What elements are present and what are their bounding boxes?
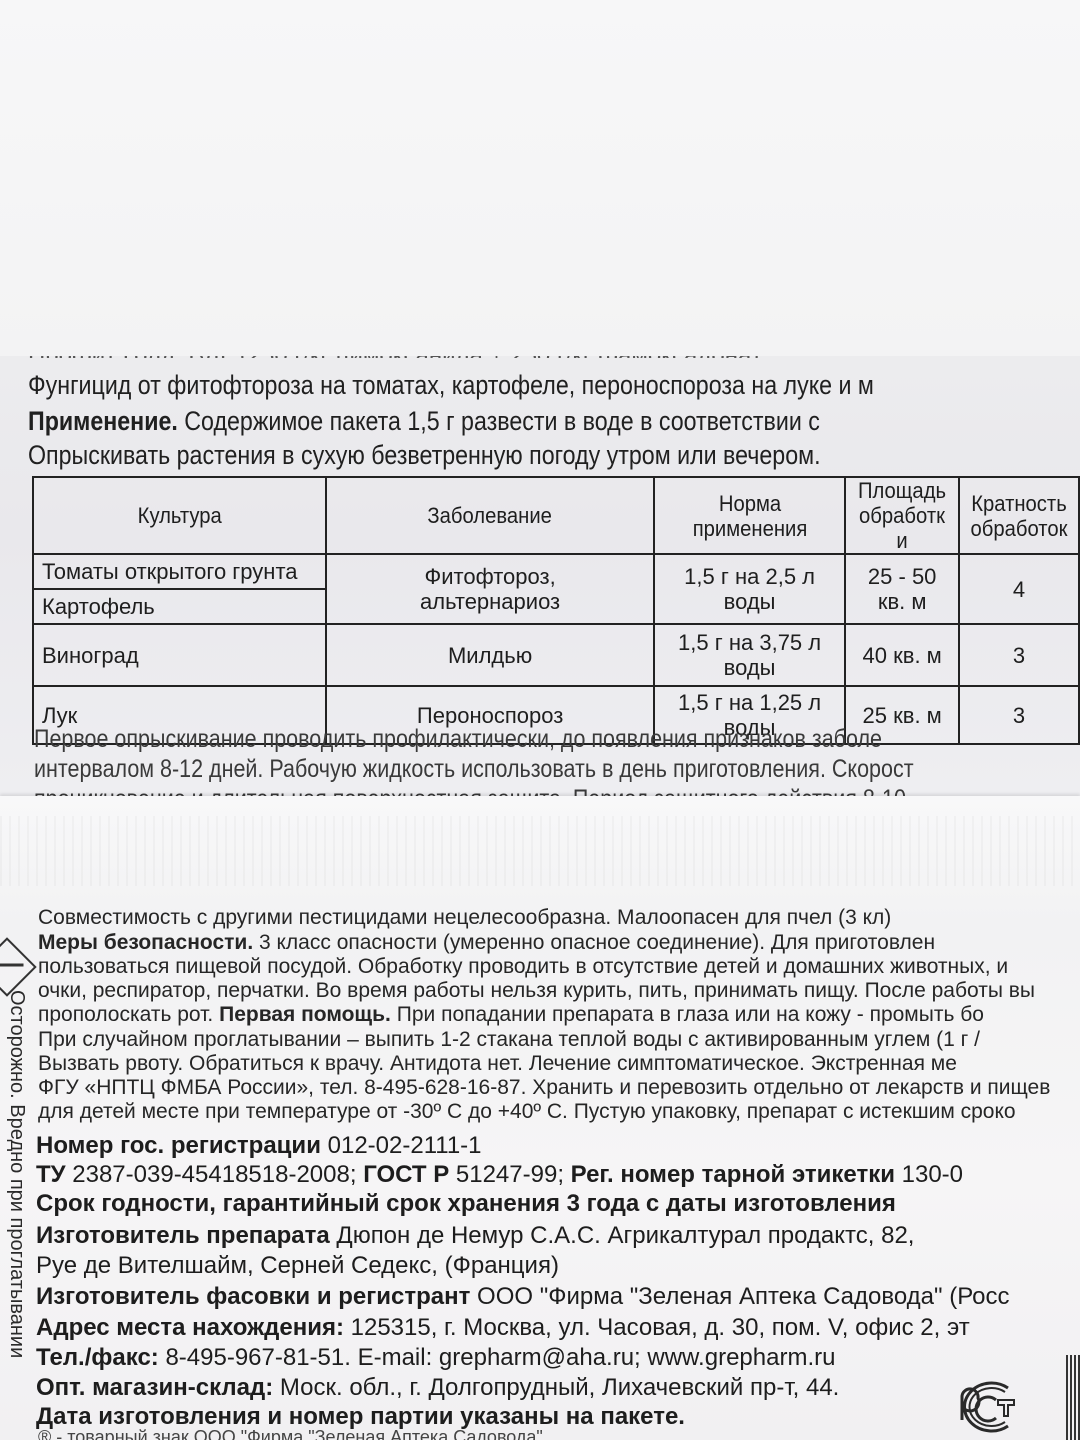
times-cell: 3	[959, 686, 1079, 744]
description-line-1: Фунгицид от фитофтороза на томатах, карт…	[28, 370, 874, 400]
crop-text: Виноград	[42, 643, 139, 668]
header-text: Площадь обработки	[856, 478, 948, 553]
line-bold: Адрес места нахождения:	[36, 1314, 344, 1341]
line-text: Руе де Вителшайм, Серней Седекс, (Франци…	[36, 1252, 559, 1279]
spraying-line: Опрыскивать растения в сухую безветренну…	[28, 440, 821, 470]
instructions-line-2: интервалом 8-12 дней. Рабочую жидкость и…	[34, 754, 914, 784]
header-crop: Культура	[33, 477, 326, 554]
disease-text: Фитофтороз, альтернариоз	[405, 564, 575, 614]
instructions-line-1: Первое опрыскивание проводить профилакти…	[34, 724, 882, 754]
crop-cell: Виноград	[33, 624, 326, 686]
line-text: 8-495-967-81-51. E-mail: grepharm@aha.ru…	[159, 1344, 836, 1371]
heat-seal-texture	[0, 816, 1080, 886]
area-cell: 40 кв. м	[845, 624, 959, 686]
times-cell: 3	[959, 624, 1079, 686]
line-bold: Изготовитель фасовки и регистрант	[36, 1283, 470, 1310]
application-line: Применение. Содержимое пакета 1,5 г разв…	[28, 406, 820, 436]
line-text: Совместимость с другими пестицидами неце…	[38, 906, 891, 929]
first-aid-line: прополоскать рот. Первая помощь. При поп…	[38, 1003, 984, 1027]
registration-line: Тел./факс: 8-495-967-81-51. E-mail: grep…	[36, 1344, 835, 1371]
registration-line: Изготовитель фасовки и регистрант ООО "Ф…	[36, 1283, 1010, 1310]
line-bold: ТУ	[36, 1161, 66, 1188]
storage-line-2: для детей месте при температуре от -30º …	[38, 1100, 1016, 1124]
header-disease: Заболевание	[326, 477, 654, 554]
table-row: Виноград Милдью 1,5 г на 3,75 л воды 40 …	[33, 624, 1079, 686]
registration-line: ТУ 2387-039-45418518-2008; ГОСТ Р 51247-…	[36, 1161, 963, 1188]
times-text: 4	[1013, 577, 1025, 602]
side-warning-text: Осторожно. Вредно при проглатывании	[5, 990, 28, 1358]
line-text: 130-0	[895, 1161, 963, 1188]
line-text: пользоваться пищевой посудой. Обработку …	[38, 955, 1008, 978]
cut-off-line: Профит Голд, ВДГ (250 г/кг цимоксанила +…	[28, 356, 1080, 358]
rate-cell: 1,5 г на 2,5 л воды	[654, 554, 845, 624]
times-cell: 4	[959, 554, 1079, 624]
line-bold: Первая помощь.	[219, 1003, 391, 1026]
disease-cell: Фитофтороз, альтернариоз	[326, 554, 654, 624]
area-text: 25 - 50 кв. м	[857, 564, 947, 614]
barcode-icon	[1066, 1355, 1080, 1440]
line-text: 2387-039-45418518-2008;	[66, 1161, 364, 1188]
registration-line: Опт. магазин-склад: Моск. обл., г. Долго…	[36, 1374, 839, 1401]
storage-line: ФГУ «НПТЦ ФМБА России», тел. 8-495-628-1…	[38, 1076, 1050, 1100]
crop-cell: Томаты открытого грунта	[33, 554, 326, 589]
line-text: Опрыскивать растения в сухую безветренну…	[28, 440, 821, 470]
line-text: ООО "Фирма "Зеленая Аптека Садовода" (Ро…	[470, 1283, 1009, 1310]
line-text: При попадании препарата в глаза или на к…	[391, 1003, 984, 1026]
disease-text: Милдью	[448, 643, 532, 668]
registration-line: Руе де Вителшайм, Серней Седекс, (Франци…	[36, 1252, 559, 1279]
header-times: Кратность обработок	[959, 477, 1079, 554]
times-text: 3	[1013, 703, 1025, 728]
line-bold: Меры безопасности.	[38, 931, 253, 954]
first-aid-line-3: Вызвать рвоту. Обратиться к врачу. Антид…	[38, 1052, 957, 1076]
crop-text: Картофель	[42, 594, 155, 619]
line-bold: Рег. номер тарной этикетки	[571, 1161, 895, 1188]
table-header-row: Культура Заболевание Норма применения Пл…	[33, 477, 1079, 554]
line-text: 125315, г. Москва, ул. Часовая, д. 30, п…	[344, 1314, 970, 1341]
line-bold: ГОСТ Р	[363, 1161, 449, 1188]
line-text: Содержимое пакета 1,5 г развести в воде …	[178, 406, 820, 436]
header-text: Норма применения	[681, 491, 819, 541]
header-text: Культура	[138, 503, 222, 528]
line-bold: Срок годности, гарантийный срок хранения…	[36, 1190, 896, 1217]
line-text: 012-02-2111-1	[321, 1132, 482, 1159]
safety-line-2: пользоваться пищевой посудой. Обработку …	[38, 955, 1008, 979]
trademark-note: ® - товарный знак ООО "Фирма "Зеленая Ап…	[38, 1428, 543, 1440]
header-text: Кратность обработок	[968, 491, 1069, 541]
header-rate: Норма применения	[654, 477, 845, 554]
registration-line: Срок годности, гарантийный срок хранения…	[36, 1190, 896, 1217]
registration-line: Дата изготовления и номер партии указаны…	[36, 1403, 685, 1430]
line-text: ФГУ «НПТЦ ФМБА России», тел. 8-495-628-1…	[38, 1076, 1050, 1099]
line-text: для детей месте при температуре от -30º …	[38, 1100, 1016, 1123]
line-text: При случайном проглатывании – выпить 1-2…	[38, 1028, 980, 1051]
instructions-line-3: проникновение и длительная поверхностная…	[34, 784, 906, 796]
application-table: Культура Заболевание Норма применения Пл…	[32, 476, 1080, 745]
cut-off-text: Профит Голд, ВДГ (250 г/кг цимоксанила +…	[28, 356, 759, 358]
crop-cell: Картофель	[33, 589, 326, 624]
safety-line: Меры безопасности. 3 класс опасности (ум…	[38, 931, 935, 955]
line-bold: Опт. магазин-склад:	[36, 1374, 273, 1401]
table-row: Томаты открытого грунта Фитофтороз, альт…	[33, 554, 1079, 589]
header-area: Площадь обработки	[845, 477, 959, 554]
line-text: Дюпон де Немур С.А.С. Агрикалтурал прода…	[330, 1222, 915, 1249]
line-text: Вызвать рвоту. Обратиться к врачу. Антид…	[38, 1052, 957, 1075]
safety-line-3: очки, респиратор, перчатки. Во время раб…	[38, 979, 1035, 1003]
crop-text: Томаты открытого грунта	[42, 559, 298, 584]
line-bold: Применение.	[28, 406, 178, 436]
line-text: очки, респиратор, перчатки. Во время раб…	[38, 979, 1035, 1002]
background-top	[0, 0, 1080, 356]
header-text: Заболевание	[428, 503, 552, 528]
upper-label: Профит Голд, ВДГ (250 г/кг цимоксанила +…	[0, 356, 1080, 796]
line-text: Фунгицид от фитофтороза на томатах, карт…	[28, 370, 874, 400]
compatibility-line: Совместимость с другими пестицидами неце…	[38, 906, 891, 930]
times-text: 3	[1013, 643, 1025, 668]
rate-text: 1,5 г на 3,75 л воды	[675, 630, 825, 680]
line-bold: Тел./факс:	[36, 1344, 159, 1371]
line-bold: Дата изготовления и номер партии указаны…	[36, 1403, 685, 1430]
rate-cell: 1,5 г на 3,75 л воды	[654, 624, 845, 686]
area-text: 40 кв. м	[863, 643, 942, 668]
registration-line: Изготовитель препарата Дюпон де Немур С.…	[36, 1222, 914, 1249]
area-cell: 25 - 50 кв. м	[845, 554, 959, 624]
warning-bar-icon	[0, 964, 24, 967]
registration-line: Номер гос. регистрации 012-02-2111-1	[36, 1132, 482, 1159]
trademark-text: ® - товарный знак ООО "Фирма "Зеленая Ап…	[38, 1428, 543, 1440]
rst-certification-icon	[948, 1378, 1022, 1436]
registration-line: Адрес места нахождения: 125315, г. Москв…	[36, 1314, 970, 1341]
line-text: 51247-99;	[449, 1161, 570, 1188]
line-text: прополоскать рот.	[38, 1003, 219, 1026]
line-bold: Изготовитель препарата	[36, 1222, 330, 1249]
line-text: Моск. обл., г. Долгопрудный, Лихачевский…	[273, 1374, 839, 1401]
line-text: 3 класс опасности (умеренно опасное соед…	[253, 931, 935, 954]
line-bold: Номер гос. регистрации	[36, 1132, 321, 1159]
disease-cell: Милдью	[326, 624, 654, 686]
first-aid-line-2: При случайном проглатывании – выпить 1-2…	[38, 1028, 980, 1052]
rate-text: 1,5 г на 2,5 л воды	[680, 564, 820, 614]
